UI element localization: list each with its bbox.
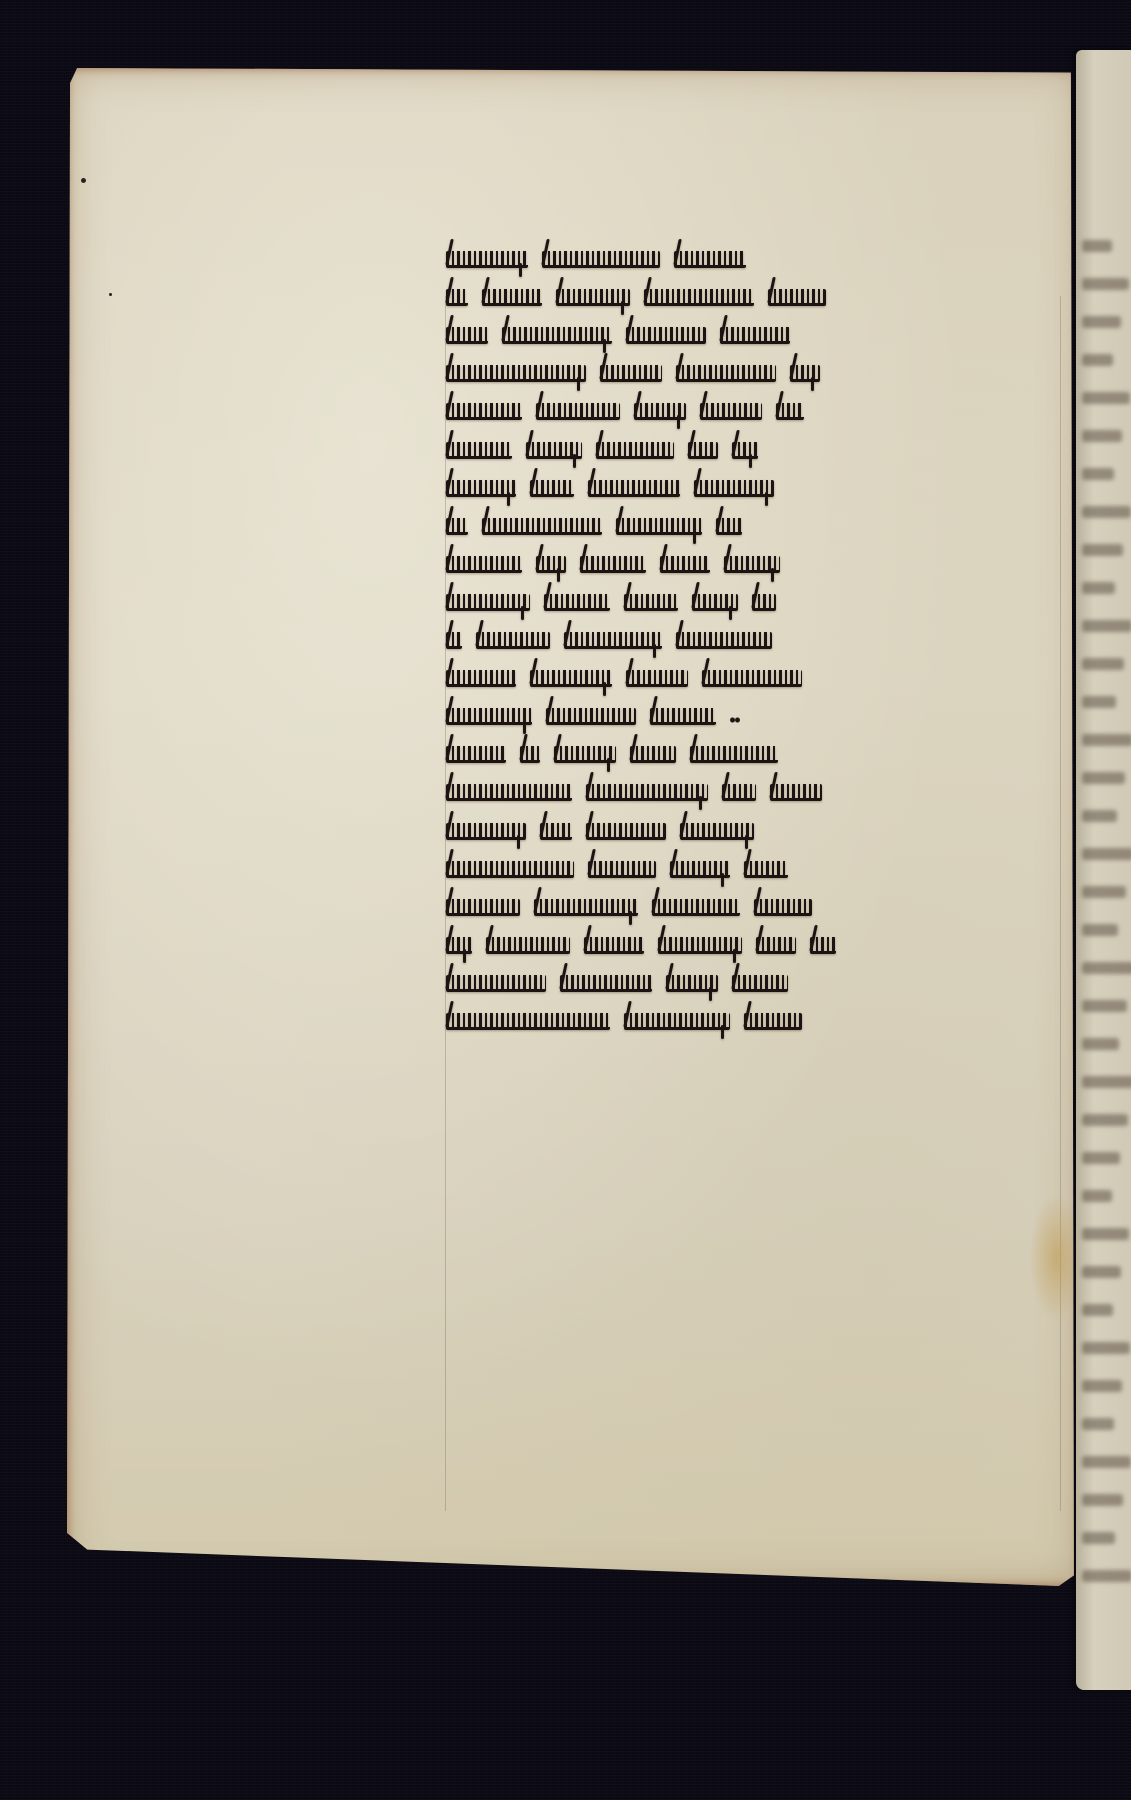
handwritten-word [676, 365, 776, 382]
handwritten-word [666, 975, 718, 992]
handwritten-word [446, 442, 512, 459]
handwritten-word [756, 937, 796, 954]
handwritten-word [790, 365, 820, 382]
text-line [446, 811, 1076, 849]
bleed-through-text [1082, 1228, 1129, 1240]
bleed-through-text [1082, 1570, 1131, 1582]
bleed-through-text [1082, 810, 1117, 822]
handwritten-word [720, 327, 790, 344]
text-line [446, 430, 1076, 468]
handwritten-word [446, 251, 528, 268]
handwritten-word [446, 1013, 610, 1030]
bleed-through-text [1082, 1418, 1114, 1430]
handwritten-word [580, 556, 646, 573]
bleed-through-text [1082, 430, 1122, 442]
bleed-through-text [1082, 1456, 1131, 1468]
handwritten-word [534, 899, 638, 916]
handwritten-word [744, 861, 788, 878]
handwritten-word [554, 746, 616, 763]
handwritten-word [676, 632, 772, 649]
bleed-through-text [1082, 354, 1113, 366]
handwritten-word [544, 594, 610, 611]
handwritten-word [616, 518, 702, 535]
handwritten-word [702, 670, 802, 687]
handwritten-word [446, 480, 516, 497]
handwritten-word [680, 823, 754, 840]
handwritten-word [446, 708, 532, 725]
ink-speck [81, 178, 86, 183]
handwritten-word [630, 746, 676, 763]
text-line [446, 850, 1076, 888]
handwritten-word [652, 899, 740, 916]
bleed-through-text [1082, 1190, 1112, 1202]
text-line [446, 316, 1076, 354]
handwritten-word [626, 670, 688, 687]
handwritten-word [688, 442, 718, 459]
text-line [446, 888, 1076, 926]
bleed-through-text [1082, 1380, 1122, 1392]
text-line [446, 278, 1076, 316]
text-line [446, 621, 1076, 659]
text-line [446, 392, 1076, 430]
bleed-through-text [1082, 1114, 1128, 1126]
handwritten-word [700, 403, 762, 420]
handwritten-word [692, 594, 738, 611]
handwritten-word [536, 556, 566, 573]
handwritten-word [588, 861, 656, 878]
handwritten-word [660, 556, 710, 573]
handwritten-word [446, 975, 546, 992]
handwritten-word [754, 899, 812, 916]
bleed-through-text [1082, 1342, 1130, 1354]
handwritten-word [752, 594, 776, 611]
text-line [446, 735, 1076, 773]
handwritten-word [482, 518, 602, 535]
bleed-through-text [1082, 240, 1112, 252]
handwritten-word [768, 289, 826, 306]
text-line [446, 773, 1076, 811]
handwritten-word [502, 327, 612, 344]
handwritten-word [644, 289, 754, 306]
handwritten-word [536, 403, 620, 420]
text-line [446, 240, 1076, 278]
bleed-through-text [1082, 468, 1114, 480]
bleed-through-text [1082, 772, 1125, 784]
handwritten-word [810, 937, 836, 954]
handwritten-word [626, 327, 706, 344]
adjacent-leaf-edge [1076, 50, 1131, 1690]
handwritten-word [446, 518, 468, 535]
handwritten-word [542, 251, 660, 268]
bleed-through-text [1082, 1266, 1121, 1278]
bleed-through-text [1082, 1304, 1113, 1316]
handwritten-word [446, 632, 462, 649]
handwritten-word [546, 708, 636, 725]
text-line [446, 469, 1076, 507]
handwritten-word [560, 975, 652, 992]
bleed-through-text [1082, 886, 1126, 898]
handwritten-word [744, 1013, 802, 1030]
main-text-column [446, 240, 1076, 1040]
bleed-through-text [1082, 696, 1116, 708]
text-line [446, 354, 1076, 392]
handwritten-word [600, 365, 662, 382]
handwritten-word [446, 899, 520, 916]
text-line [446, 583, 1076, 621]
handwritten-word [658, 937, 742, 954]
handwritten-word [670, 861, 730, 878]
text-line [446, 926, 1076, 964]
handwritten-word [446, 670, 516, 687]
ink-speck [109, 293, 112, 296]
handwritten-word [446, 746, 506, 763]
handwritten-word [596, 442, 674, 459]
bleed-through-text [1082, 620, 1131, 632]
text-line [446, 1002, 1076, 1040]
handwritten-word [446, 594, 530, 611]
bleed-through-text [1082, 392, 1130, 404]
handwritten-word [690, 746, 778, 763]
handwritten-word [530, 670, 612, 687]
handwritten-word [694, 480, 774, 497]
handwritten-word [624, 594, 678, 611]
bleed-through-text [1082, 582, 1115, 594]
handwritten-word [556, 289, 630, 306]
handwritten-word [586, 784, 708, 801]
punctuation-mark [730, 717, 740, 723]
handwritten-word [624, 1013, 730, 1030]
handwritten-word [446, 289, 468, 306]
handwritten-word [650, 708, 716, 725]
text-line [446, 659, 1076, 697]
handwritten-word [674, 251, 746, 268]
text-line [446, 697, 1076, 735]
bleed-through-text [1082, 658, 1124, 670]
handwritten-word [776, 403, 804, 420]
handwritten-word [446, 823, 526, 840]
handwritten-word [446, 327, 488, 344]
handwritten-word [446, 365, 586, 382]
handwritten-word [584, 937, 644, 954]
text-line [446, 964, 1076, 1002]
bleed-through-text [1082, 848, 1131, 860]
bleed-through-text [1082, 1494, 1123, 1506]
handwritten-word [520, 746, 540, 763]
handwritten-word [530, 480, 574, 497]
bleed-through-text [1082, 316, 1121, 328]
bleed-through-text [1082, 278, 1129, 290]
bleed-through-text [1082, 734, 1131, 746]
bleed-through-text [1082, 1076, 1131, 1088]
handwritten-word [586, 823, 666, 840]
bleed-through-text [1082, 506, 1131, 518]
handwritten-word [732, 975, 788, 992]
handwritten-word [486, 937, 570, 954]
handwritten-word [588, 480, 680, 497]
handwritten-word [446, 556, 522, 573]
text-line [446, 545, 1076, 583]
handwritten-word [446, 403, 522, 420]
handwritten-word [446, 784, 572, 801]
bleed-through-text [1082, 924, 1118, 936]
bleed-through-text [1082, 962, 1131, 974]
handwritten-word [564, 632, 662, 649]
handwritten-word [482, 289, 542, 306]
bleed-through-text [1082, 1152, 1120, 1164]
handwritten-word [526, 442, 582, 459]
handwritten-word [476, 632, 550, 649]
bleed-through-text [1082, 544, 1123, 556]
bleed-through-text [1082, 1000, 1127, 1012]
handwritten-word [722, 784, 756, 801]
handwritten-word [446, 861, 574, 878]
handwritten-word [732, 442, 758, 459]
handwritten-word [716, 518, 742, 535]
handwritten-word [770, 784, 822, 801]
handwritten-word [446, 937, 472, 954]
bleed-through-text [1082, 1532, 1115, 1544]
handwritten-word [540, 823, 572, 840]
handwritten-word [724, 556, 780, 573]
handwritten-word [634, 403, 686, 420]
text-line [446, 507, 1076, 545]
bleed-through-text [1082, 1038, 1119, 1050]
